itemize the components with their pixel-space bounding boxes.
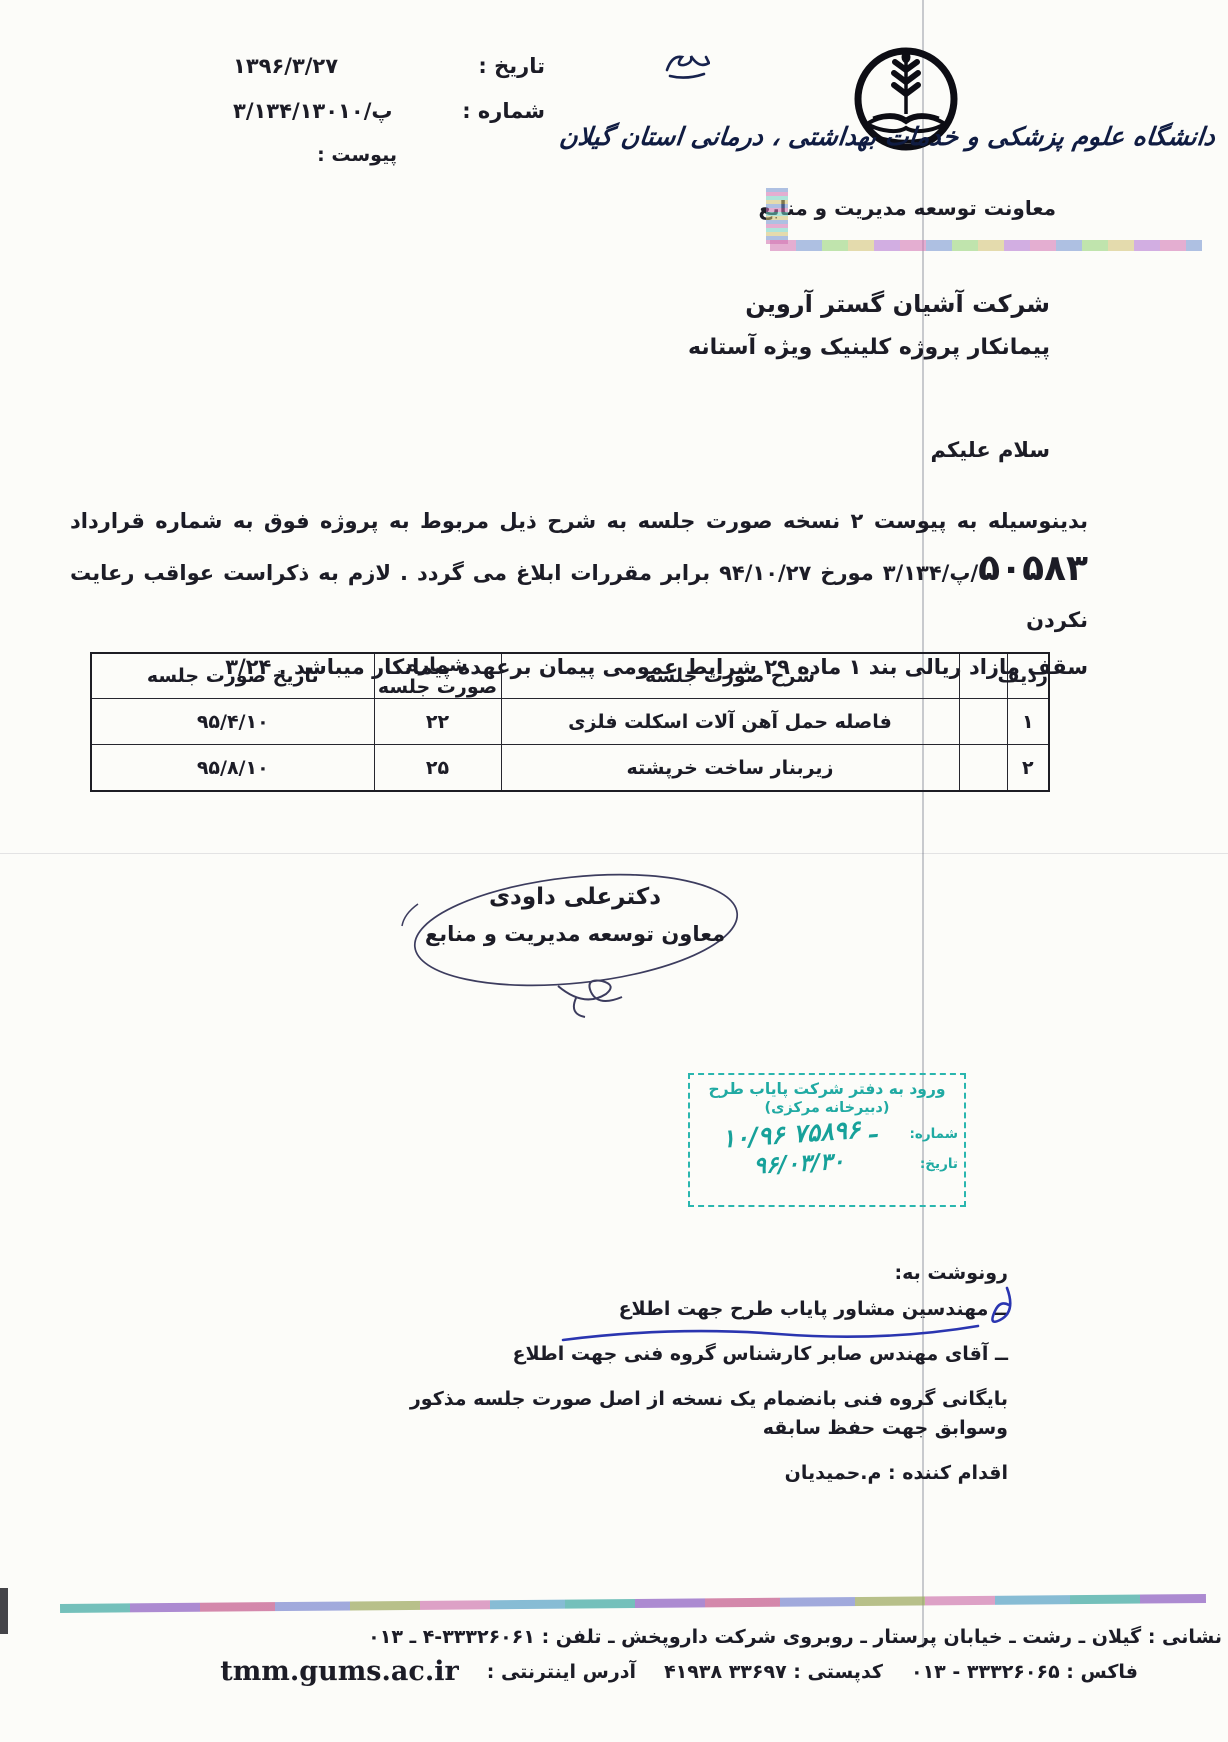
cc-heading: رونوشت به: — [388, 1262, 1008, 1284]
table-header-row: ردیف شرح صورت جلسه شماره صورت جلسه تاریخ… — [91, 653, 1049, 699]
minutes-table: ردیف شرح صورت جلسه شماره صورت جلسه تاریخ… — [90, 652, 1050, 792]
signatory-name: دکترعلی داودی — [415, 884, 735, 910]
footer-contact-row: فاکس : ۳۳۳۲۶۰۶۵ - ۰۱۳ کدپستی : ۳۳۶۹۷ ۴۱۹… — [220, 1656, 1138, 1687]
horizontal-fold-line — [0, 853, 1228, 854]
cell-blank — [959, 745, 1007, 792]
university-name: دانشگاه علوم پزشکی و خدمات بهداشتی ، درم… — [613, 122, 1216, 151]
footer-postal-code: کدپستی : ۳۳۶۹۷ ۴۱۹۳۸ — [664, 1661, 883, 1683]
cell-blank — [959, 699, 1007, 745]
footer-divider — [60, 1594, 1206, 1613]
recipient-block: شرکت آشیان گستر آروین پیمانکار پروژه کلی… — [688, 290, 1050, 360]
salutation: سلام علیکم — [931, 438, 1050, 462]
stamp-date-row: تاریخ: ۹۶/۰۳/۳۰ — [696, 1151, 958, 1177]
recipient-company: شرکت آشیان گستر آروین — [688, 290, 1050, 318]
stamp-number-label: شماره: — [902, 1126, 958, 1142]
contract-number-prefix: پ/۳/۱۳۴/ — [883, 561, 978, 585]
footer-web-label: آدرس اینترنتی : — [487, 1661, 636, 1683]
body-line-1: بدینوسیله به پیوست ۲ نسخه صورت جلسه به ش… — [70, 498, 1088, 545]
ref-number-value: پ/۳/۱۳۴/۱۳۰۱۰ — [233, 99, 392, 129]
letterhead-rule-decoration — [770, 240, 1202, 251]
cc-item: اقدام کننده : م.حمیدیان — [388, 1459, 1008, 1488]
cell-description: زیربنار ساخت خرپشته — [501, 745, 959, 792]
date-value: ۱۳۹۶/۳/۲۷ — [233, 54, 338, 84]
letterhead-corner-decoration — [766, 188, 788, 244]
registry-stamp: ورود به دفتر شرکت پایاب طرح (دبیرخانه مر… — [688, 1073, 966, 1207]
body-line-2: ۵۰۵۸۳پ/۳/۱۳۴/ مورخ ۹۴/۱۰/۲۷ برابر مقررات… — [70, 545, 1088, 644]
ref-number-label: شماره : — [462, 99, 545, 129]
stamp-number-row: شماره: ۱۰/۹۶ ـ ۷۵۸۹۶ — [696, 1119, 958, 1148]
department-title: معاونت توسعه مدیریت و منابع — [758, 196, 1056, 220]
scanned-letter-page: تاریخ : ۱۳۹۶/۳/۲۷ شماره : پ/۳/۱۳۴/۱۳۰۱۰ … — [0, 0, 1228, 1742]
cell-description: فاصله حمل آهن آلات اسکلت فلزی — [501, 699, 959, 745]
col-description: شرح صورت جلسه — [501, 653, 959, 699]
cell-row-number: ۱ — [1007, 699, 1049, 745]
stamp-date-label: تاریخ: — [902, 1156, 958, 1172]
col-minutes-number: شماره صورت جلسه — [374, 653, 501, 699]
letter-meta-block: تاریخ : ۱۳۹۶/۳/۲۷ شماره : پ/۳/۱۳۴/۱۳۰۱۰ … — [233, 54, 545, 166]
cell-minutes-number: ۲۵ — [374, 745, 501, 792]
attachment-label: پیوست : — [233, 144, 397, 166]
signatory-title: معاون توسعه مدیریت و منابع — [415, 922, 735, 946]
letter-number-row: شماره : پ/۳/۱۳۴/۱۳۰۱۰ — [233, 99, 545, 129]
date-label: تاریخ : — [478, 54, 545, 84]
cell-minutes-number: ۲۲ — [374, 699, 501, 745]
cc-item: بایگانی گروه فنی بانضمام یک نسخه از اصل … — [388, 1385, 1008, 1443]
stamp-title: ورود به دفتر شرکت پایاب طرح — [696, 1080, 958, 1098]
handwritten-note-icon — [664, 46, 710, 84]
table-row: ۱ فاصله حمل آهن آلات اسکلت فلزی ۲۲ ۹۵/۴/… — [91, 699, 1049, 745]
footer-address: نشانی : گیلان ـ رشت ـ خیابان پرستار ـ رو… — [368, 1626, 1222, 1648]
letter-date-row: تاریخ : ۱۳۹۶/۳/۲۷ — [233, 54, 545, 84]
table-row: ۲ زیربنار ساخت خرپشته ۲۵ ۹۵/۸/۱۰ — [91, 745, 1049, 792]
contract-number-big: ۵۰۵۸۳ — [978, 548, 1088, 589]
footer-fax: فاکس : ۳۳۳۲۶۰۶۵ - ۰۱۳ — [911, 1661, 1138, 1683]
cell-minutes-date: ۹۵/۸/۱۰ — [91, 745, 374, 792]
scan-edge-smudge — [0, 1588, 8, 1634]
col-minutes-date: تاریخ صورت جلسه — [91, 653, 374, 699]
recipient-role: پیمانکار پروژه کلینیک ویژه آستانه — [688, 335, 1050, 360]
col-row-number: ردیف — [1007, 653, 1049, 699]
stamp-subtitle: (دبیرخانه مرکزی) — [696, 1100, 958, 1116]
footer-url: tmm.gums.ac.ir — [220, 1656, 459, 1687]
pen-underline-icon — [545, 1284, 1025, 1352]
cell-minutes-date: ۹۵/۴/۱۰ — [91, 699, 374, 745]
signature-block: دکترعلی داودی معاون توسعه مدیریت و منابع — [415, 884, 735, 946]
cell-row-number: ۲ — [1007, 745, 1049, 792]
